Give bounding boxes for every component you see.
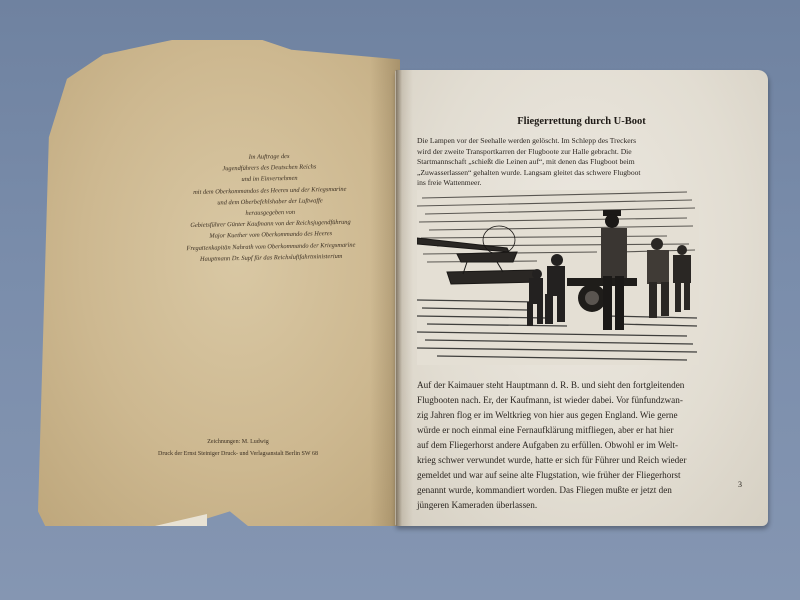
printer-credit: Druck der Ernst Steiniger Druck- und Ver…	[108, 448, 368, 460]
right-page: Fliegerrettung durch U-Boot Die Lampen v…	[395, 70, 768, 526]
spine-shadow	[396, 70, 402, 526]
text-line: zig Jahren flog er im Weltkrieg von hier…	[417, 408, 757, 423]
text-line: auf dem Fliegerhorst andere Aufgaben zu …	[417, 438, 757, 453]
text-line: krieg schwer verwundet wurde, hatte er s…	[417, 453, 757, 468]
chapter-title: Fliegerrettung durch U-Boot	[395, 116, 768, 127]
text-line: genannt wurde, kommandiert worden. Das F…	[417, 483, 757, 498]
body-paragraph: Auf der Kaimauer steht Hauptmann d. R. B…	[417, 378, 757, 513]
text-line: Die Lampen vor der Seehalle werden gelös…	[417, 136, 747, 147]
text-line: Flugbooten nach. Er, der Kaufmann, ist w…	[417, 393, 757, 408]
text-line: „Zuwasserlassen“ gehalten wurde. Langsam…	[417, 168, 747, 179]
text-line: wird der zweite Transportkarren der Flug…	[417, 147, 747, 158]
text-line: ins freie Wattenmeer.	[417, 178, 747, 189]
photo-scene: Im Auftrage des Jugendführers des Deutsc…	[0, 0, 800, 600]
text-line: Auf der Kaimauer steht Hauptmann d. R. B…	[417, 378, 757, 393]
text-line: Startmannschaft „schießt die Leinen auf“…	[417, 157, 747, 168]
left-page: Im Auftrage des Jugendführers des Deutsc…	[38, 40, 400, 526]
intro-paragraph: Die Lampen vor der Seehalle werden gelös…	[417, 136, 747, 189]
imprint-block: Im Auftrage des Jugendführers des Deutsc…	[144, 149, 396, 266]
text-line: würde er noch einmal eine Fernaufklärung…	[417, 423, 757, 438]
illustrator-credit: Zeichnungen: M. Ludwig	[108, 436, 368, 448]
printer-credits: Zeichnungen: M. Ludwig Druck der Ernst S…	[108, 436, 368, 460]
text-line: gemeldet und war auf seine alte Flugstat…	[417, 468, 757, 483]
page-number: 3	[738, 480, 742, 489]
text-line: jüngeren Kameraden überlassen.	[417, 498, 757, 513]
seaplane-illustration	[417, 190, 699, 365]
